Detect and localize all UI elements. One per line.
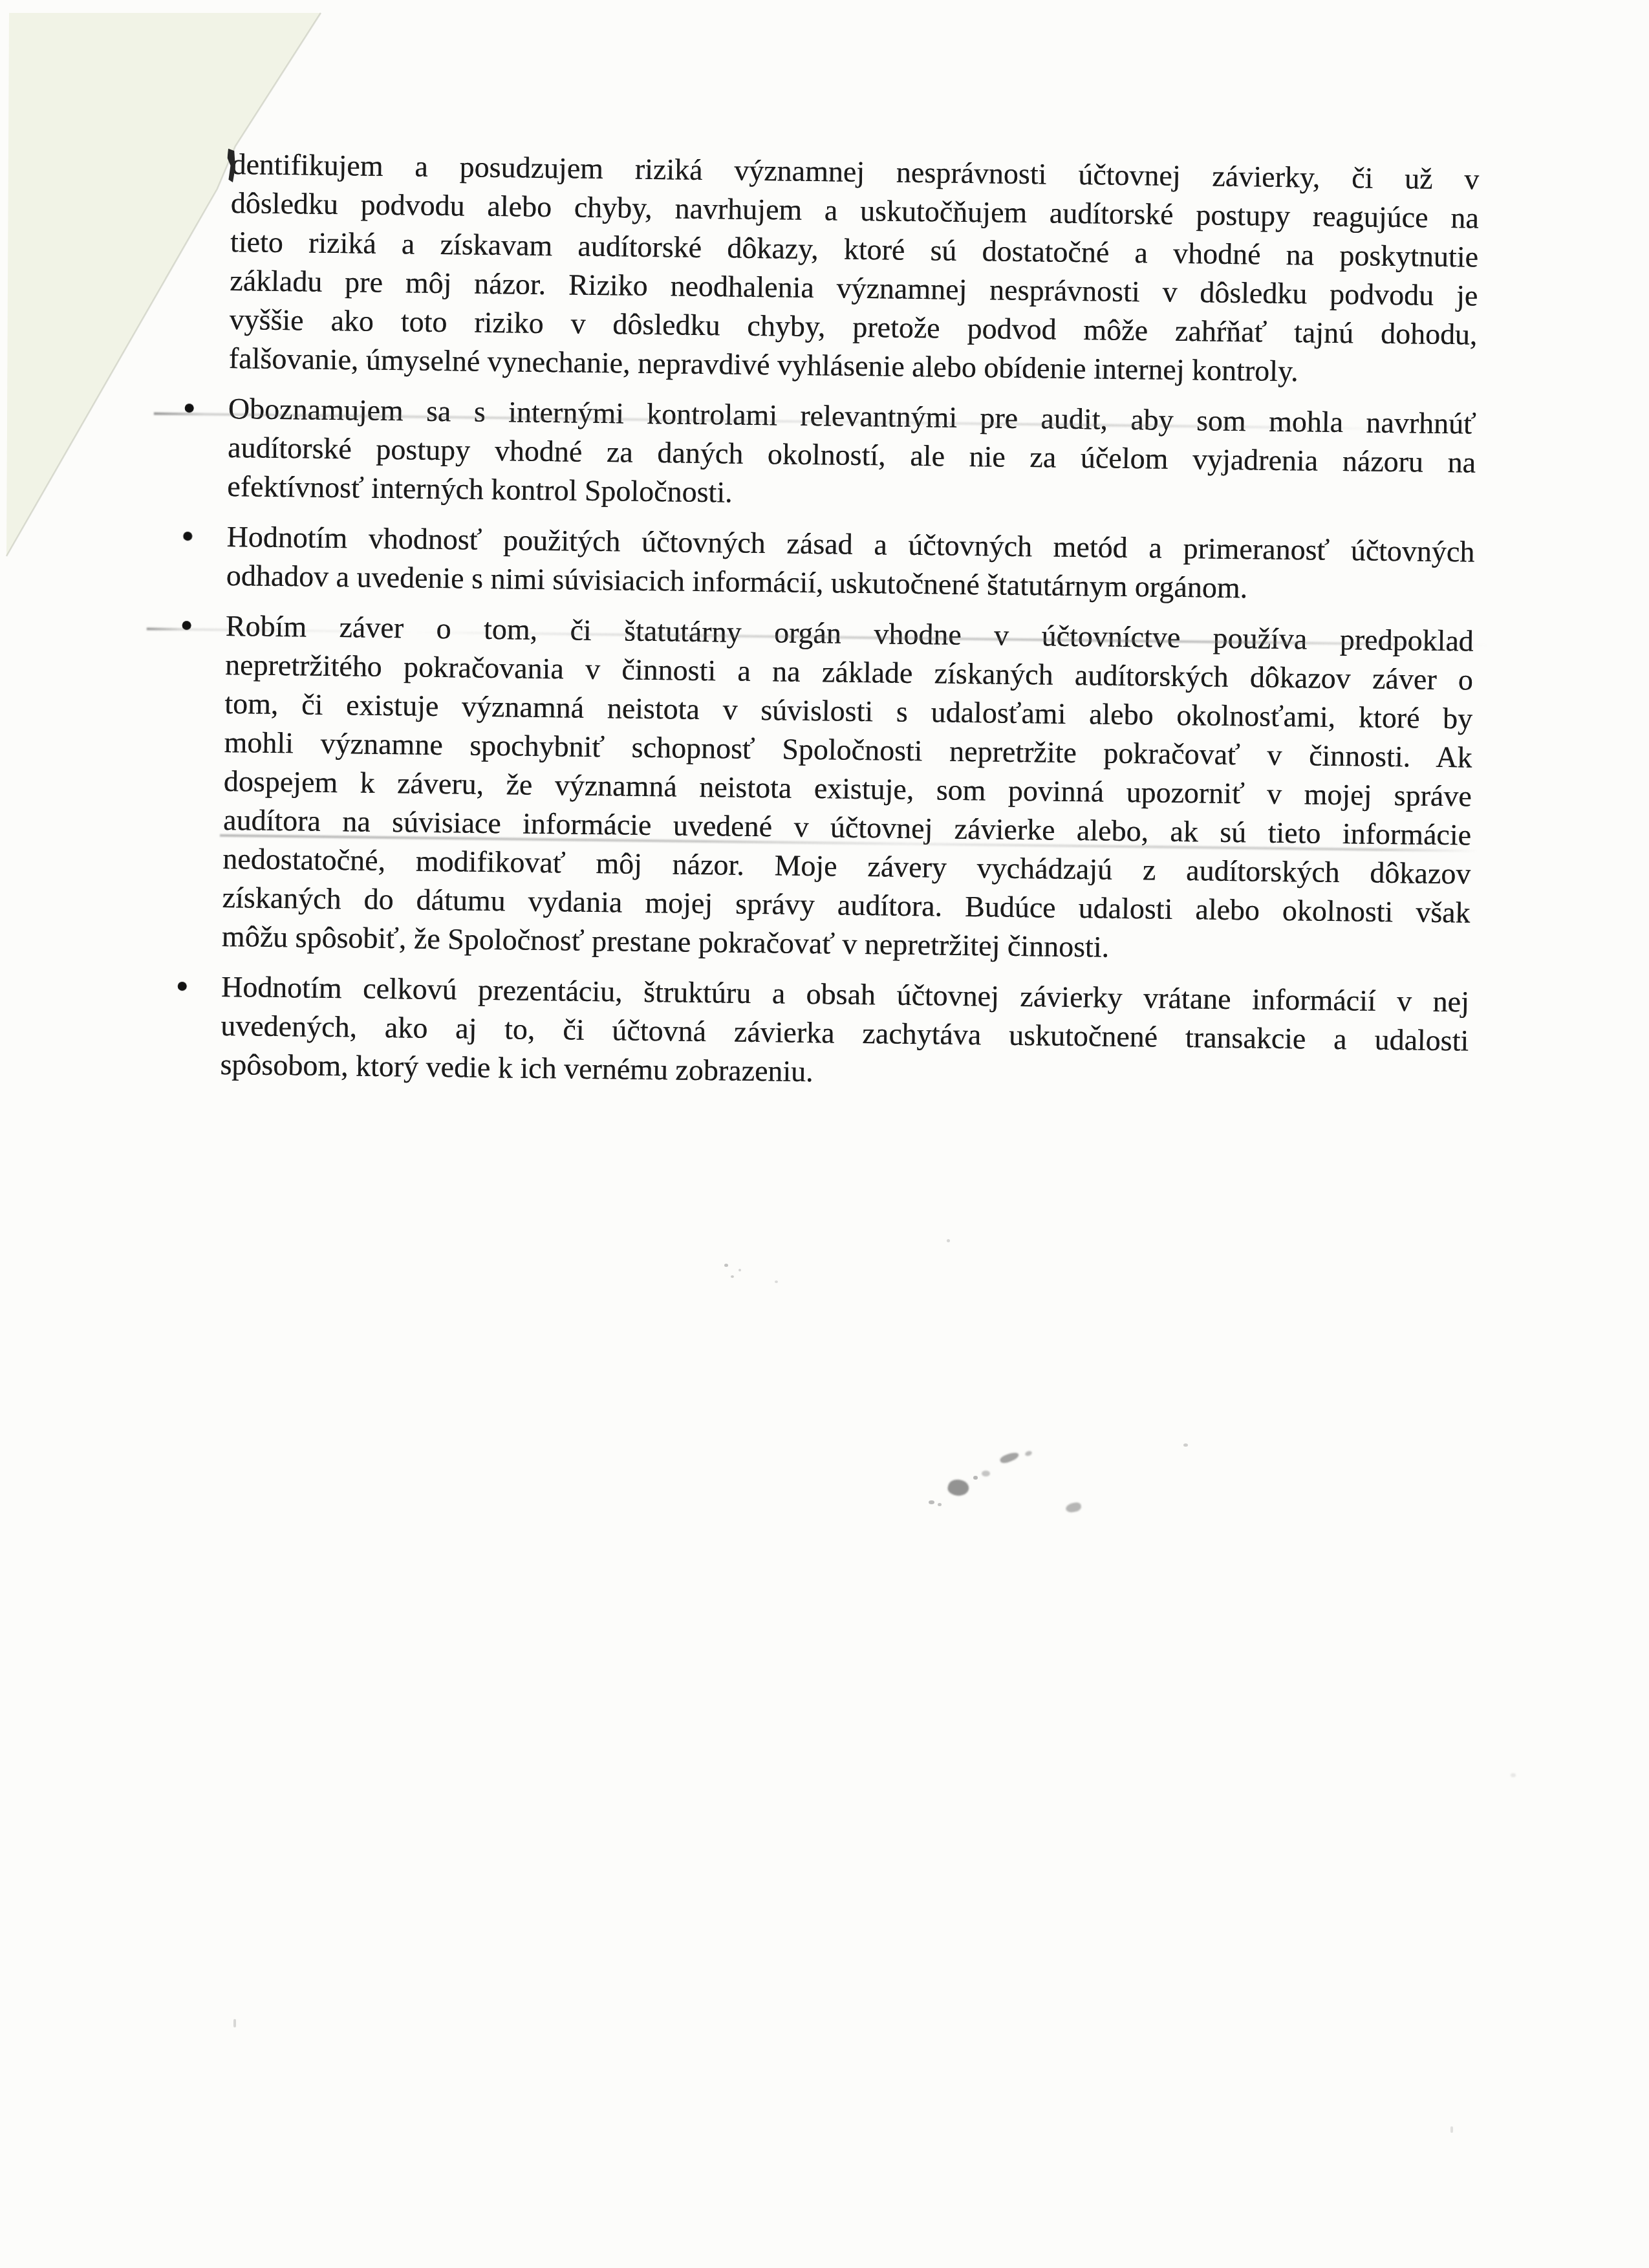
bullet-marker: ● [176, 975, 189, 995]
ink-smudge [938, 1503, 942, 1506]
ink-smudge [982, 1471, 990, 1476]
scan-speck [233, 2019, 236, 2027]
ink-smudge [1183, 1443, 1188, 1447]
bullet-marker: ● [180, 614, 193, 634]
paragraph-identifikujem: dentifikujem a posudzujem riziká významn… [229, 145, 1480, 393]
bullet-marker: ● [183, 396, 196, 417]
scan-speck [775, 1280, 778, 1283]
scanned-page: dentifikujem a posudzujem riziká významn… [0, 0, 1649, 2268]
ink-smudge [999, 1451, 1020, 1465]
text-block: dentifikujem a posudzujem riziká významn… [220, 145, 1480, 1104]
scan-speck [21, 63, 25, 70]
ink-smudge [946, 1477, 970, 1498]
paragraph-oboznamujem: ● Oboznamujem sa s internými kontrolami … [227, 389, 1476, 521]
scan-speck [947, 1239, 950, 1242]
ink-smudge [1065, 1502, 1082, 1513]
ink-smudge [1024, 1450, 1033, 1456]
scan-speck [194, 186, 199, 189]
bullet-marker: ● [181, 524, 194, 545]
scan-speck [1450, 2126, 1453, 2133]
scan-speck [1511, 1773, 1516, 1777]
scan-speck [731, 1275, 734, 1278]
scan-speck [724, 1264, 728, 1267]
scan-speck [738, 1269, 741, 1271]
paragraph-hodnotim-vhodnost: ● Hodnotím vhodnosť použitých účtovných … [226, 517, 1474, 610]
paragraph-hodnotim-prezentaciu: ● Hodnotím celkovú prezentáciu, štruktúr… [220, 967, 1469, 1099]
ink-smudge [973, 1476, 978, 1480]
ink-smudge [929, 1500, 934, 1504]
paragraph-robim-zaver: ● Robím záver o tom, či štatutárny orgán… [222, 607, 1474, 971]
